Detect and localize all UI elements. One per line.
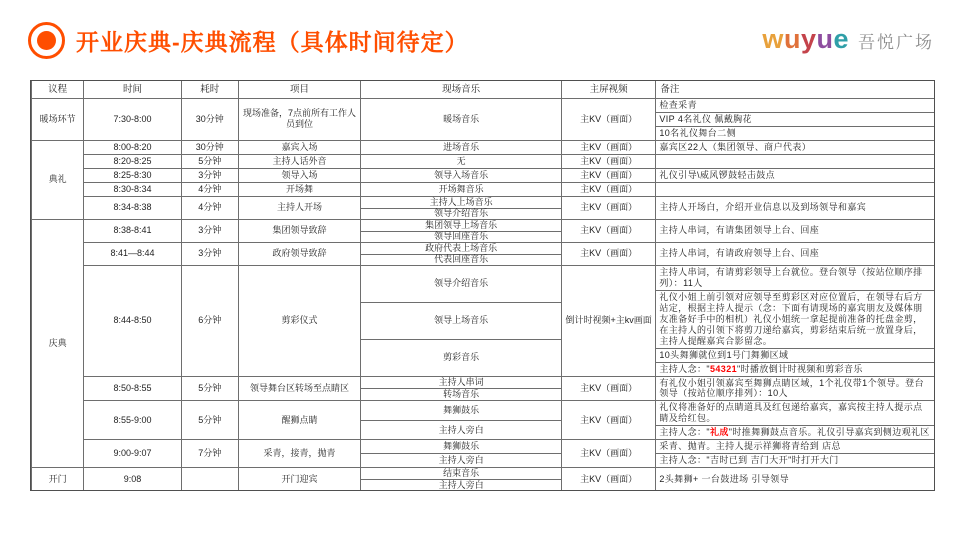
- time-cell: 8:44-8:50: [83, 266, 180, 376]
- note-text: 2头舞狮+ 一台鼓进场 引导领导: [659, 474, 789, 485]
- note-text-part: "时推舞狮鼓点音乐。礼仪引导嘉宾到侧边观礼区: [729, 427, 930, 437]
- music-cell: 进场音乐: [360, 141, 561, 154]
- notes-cell: 2头舞狮+ 一台鼓进场 引导领导: [655, 468, 934, 490]
- music-subcell: 舞狮鼓乐: [361, 401, 561, 419]
- section-group: 庆典8:38-8:413分钟集团领导致辞集团领导上场音乐领导回座音乐主KV（画面…: [31, 219, 934, 468]
- video-cell: 主KV（画面）: [561, 183, 655, 196]
- table-row: 7:30-8:0030分钟现场准备，7点前所有工作人员到位暖场音乐主KV（画面）…: [83, 99, 934, 140]
- note-text: 嘉宾区22人（集团领导、商户代表）: [659, 142, 811, 153]
- music-subcell: 无: [361, 155, 561, 168]
- table-header-row: 议程时间耗时项目现场音乐主屏视频备注: [31, 81, 934, 98]
- music-subcell: 主持人上场音乐: [361, 197, 561, 208]
- duration-cell: 5分钟: [181, 401, 238, 439]
- note-text: 主持人串词，有请集团领导上台、回座: [659, 225, 819, 236]
- time-cell: 8:00-8:20: [83, 141, 180, 154]
- video-cell: 主KV（画面）: [561, 141, 655, 154]
- music-cell: 开场舞音乐: [360, 183, 561, 196]
- music-cell: 领导入场音乐: [360, 169, 561, 182]
- note-subcell: 10名礼仪舞台二侧: [656, 126, 934, 140]
- logo-cn-text: 吾悦广场: [858, 28, 934, 53]
- brand-logo: wuyue 吾悦广场: [762, 26, 934, 53]
- notes-cell: 嘉宾区22人（集团领导、商户代表）: [655, 141, 934, 154]
- music-subcell: 代表回座音乐: [361, 254, 561, 265]
- duration-cell: 3分钟: [181, 169, 238, 182]
- time-cell: 8:41—8:44: [83, 243, 180, 265]
- video-cell: 主KV（画面）: [561, 468, 655, 490]
- music-subcell: 主持人串词: [361, 377, 561, 388]
- item-cell: 领导舞台区转场至点睛区: [238, 377, 360, 401]
- notes-cell: 礼仪引导\威风锣鼓轻击鼓点: [655, 169, 934, 182]
- note-subcell: 礼仪引导\威风锣鼓轻击鼓点: [656, 169, 934, 182]
- note-text: 主持人念："礼成"时推舞狮鼓点音乐。礼仪引导嘉宾到侧边观礼区: [659, 427, 929, 438]
- note-subcell: 2头舞狮+ 一台鼓进场 引导领导: [656, 468, 934, 490]
- bullseye-dot: [37, 31, 56, 50]
- time-cell: 7:30-8:00: [83, 99, 180, 140]
- note-text-part: "时播放倒计时视频和剪彩音乐: [737, 364, 863, 374]
- video-cell: 主KV（画面）: [561, 169, 655, 182]
- table-row: 9:08开门迎宾结束音乐主持人旁白主KV（画面）2头舞狮+ 一台鼓进场 引导领导: [83, 468, 934, 490]
- notes-cell: 主持人串词，有请剪彩领导上台就位。登台领导（按站位顺序排列）：11人礼仪小姐上前…: [655, 266, 934, 376]
- table-row: 8:50-8:555分钟领导舞台区转场至点睛区主持人串词转场音乐主KV（画面）有…: [83, 376, 934, 401]
- notes-cell: 检查采青VIP 4名礼仪 佩戴胸花10名礼仪舞台二侧: [655, 99, 934, 140]
- video-cell: 主KV（画面）: [561, 220, 655, 242]
- note-text: 10名礼仪舞台二侧: [659, 128, 736, 139]
- item-cell: 采青，接青，抛青: [238, 440, 360, 467]
- duration-cell: 4分钟: [181, 197, 238, 219]
- note-text-part: 检查采青: [659, 100, 697, 110]
- video-cell: 主KV（画面）: [561, 243, 655, 265]
- music-subcell: 剪彩音乐: [361, 339, 561, 376]
- duration-cell: 6分钟: [181, 266, 238, 376]
- agenda-cell: 典礼: [31, 141, 83, 219]
- note-subcell: 主持人念："吉时已到 吉门大开"时打开大门: [656, 453, 934, 467]
- video-cell: 倒计时视频+主kv画面: [561, 266, 655, 376]
- notes-cell: [655, 183, 934, 196]
- music-subcell: 政府代表上场音乐: [361, 243, 561, 254]
- notes-cell: 主持人串词，有请集团领导上台、回座: [655, 220, 934, 242]
- note-text: 礼仪引导\威风锣鼓轻击鼓点: [659, 170, 775, 181]
- note-subcell: 有礼仪小姐引领嘉宾至舞狮点睛区域，1个礼仪带1个领导。登台领导（按站位顺序排列）…: [656, 377, 934, 401]
- note-subcell: 主持人串词，有请政府领导上台、回座: [656, 243, 934, 265]
- music-cell: 主持人串词转场音乐: [360, 377, 561, 401]
- music-subcell: 转场音乐: [361, 388, 561, 400]
- video-cell: 主KV（画面）: [561, 401, 655, 439]
- time-cell: 8:20-8:25: [83, 155, 180, 168]
- note-subcell: 主持人念："54321"时播放倒计时视频和剪彩音乐: [656, 362, 934, 376]
- note-subcell: 礼仪小姐上前引领对应领导至剪彩区对应位置后，在领导右后方站定，根据主持人提示（念…: [656, 290, 934, 348]
- music-cell: 主持人上场音乐领导介绍音乐: [360, 197, 561, 219]
- agenda-cell: 暖场环节: [31, 99, 83, 140]
- table-header-cells: 时间耗时项目现场音乐主屏视频备注: [83, 81, 934, 98]
- duration-cell: 5分钟: [181, 377, 238, 401]
- music-subcell: 舞狮鼓乐: [361, 440, 561, 453]
- item-cell: 开门迎宾: [238, 468, 360, 490]
- table-row: 8:30-8:344分钟开场舞开场舞音乐主KV（画面）: [83, 182, 934, 196]
- note-subcell: [656, 155, 934, 168]
- music-cell: 集团领导上场音乐领导回座音乐: [360, 220, 561, 242]
- table-row: 8:55-9:005分钟醒狮点睛舞狮鼓乐主持人旁白主KV（画面）礼仪将准备好的点…: [83, 400, 934, 439]
- video-cell: 主KV（画面）: [561, 197, 655, 219]
- music-cell: 舞狮鼓乐主持人旁白: [360, 401, 561, 439]
- notes-cell: 礼仪将准备好的点睛道具及红包递给嘉宾，嘉宾按主持人提示点睛及给红包。主持人念："…: [655, 401, 934, 439]
- note-subcell: 主持人串词，有请集团领导上台、回座: [656, 220, 934, 242]
- music-subcell: 结束音乐: [361, 468, 561, 479]
- music-subcell: 主持人旁白: [361, 453, 561, 467]
- page-title: 开业庆典-庆典流程（具体时间待定）: [76, 24, 469, 57]
- duration-cell: 3分钟: [181, 243, 238, 265]
- video-cell: 主KV（画面）: [561, 377, 655, 401]
- note-text: 有礼仪小姐引领嘉宾至舞狮点睛区域，1个礼仪带1个领导。登台领导（按站位顺序排列）…: [659, 378, 931, 400]
- table-row: 8:34-8:384分钟主持人开场主持人上场音乐领导介绍音乐主KV（画面）主持人…: [83, 196, 934, 219]
- note-subcell: 礼仪将准备好的点睛道具及红包递给嘉宾，嘉宾按主持人提示点睛及给红包。: [656, 401, 934, 425]
- duration-cell: 4分钟: [181, 183, 238, 196]
- duration-cell: 30分钟: [181, 141, 238, 154]
- item-cell: 醒狮点睛: [238, 401, 360, 439]
- section-group: 典礼8:00-8:2030分钟嘉宾入场进场音乐主KV（画面）嘉宾区22人（集团领…: [31, 140, 934, 219]
- table-row: 8:25-8:303分钟领导入场领导入场音乐主KV（画面）礼仪引导\威风锣鼓轻击…: [83, 168, 934, 182]
- schedule-table: 议程时间耗时项目现场音乐主屏视频备注暖场环节7:30-8:0030分钟现场准备，…: [30, 80, 935, 491]
- slide-header: 开业庆典-庆典流程（具体时间待定）: [28, 22, 469, 59]
- note-text-part: 主持人念：": [659, 427, 710, 437]
- note-text-part: 嘉宾区22人（集团领导、商户代表）: [659, 142, 811, 152]
- music-subcell: 开场舞音乐: [361, 183, 561, 196]
- note-text-part: 主持人念："吉时已到 吉门大开"时打开大门: [659, 455, 838, 465]
- notes-cell: [655, 155, 934, 168]
- item-cell: 嘉宾入场: [238, 141, 360, 154]
- note-text: 检查采青: [659, 100, 697, 111]
- table-row: 8:38-8:413分钟集团领导致辞集团领导上场音乐领导回座音乐主KV（画面）主…: [83, 220, 934, 242]
- note-text-part: 主持人串词，有请集团领导上台、回座: [659, 225, 819, 235]
- music-cell: 暖场音乐: [360, 99, 561, 140]
- music-cell: 结束音乐主持人旁白: [360, 468, 561, 490]
- video-cell: 主KV（画面）: [561, 440, 655, 467]
- item-cell: 剪彩仪式: [238, 266, 360, 376]
- logo-letter: w: [762, 24, 784, 54]
- time-cell: 8:34-8:38: [83, 197, 180, 219]
- video-cell: 主KV（画面）: [561, 155, 655, 168]
- music-subcell: 主持人旁白: [361, 420, 561, 439]
- music-subcell: 领导介绍音乐: [361, 266, 561, 302]
- item-cell: 现场准备，7点前所有工作人员到位: [238, 99, 360, 140]
- note-subcell: 检查采青: [656, 99, 934, 112]
- duration-cell: [181, 468, 238, 490]
- section-group: 暖场环节7:30-8:0030分钟现场准备，7点前所有工作人员到位暖场音乐主KV…: [31, 98, 934, 140]
- logo-letter: u: [784, 24, 801, 54]
- note-text-part: 主持人念：": [659, 364, 710, 374]
- note-subcell: 采青、抛青。主持人提示祥狮将青给到 店总: [656, 440, 934, 453]
- agenda-cell: 开门: [31, 468, 83, 490]
- note-text-part: 2头舞狮+ 一台鼓进场 引导领导: [659, 474, 789, 484]
- table-row: 8:41—8:443分钟政府领导致辞政府代表上场音乐代表回座音乐主KV（画面）主…: [83, 242, 934, 265]
- logo-letter: u: [816, 24, 833, 54]
- note-text-part: VIP 4名礼仪 佩戴胸花: [659, 114, 752, 124]
- duration-cell: 30分钟: [181, 99, 238, 140]
- note-text: 10头舞狮就位到1号门舞狮区域: [659, 350, 788, 361]
- note-text: 礼仪小姐上前引领对应领导至剪彩区对应位置后，在领导右后方站定，根据主持人提示（念…: [659, 292, 931, 347]
- note-text: VIP 4名礼仪 佩戴胸花: [659, 114, 752, 125]
- note-text: 主持人念："吉时已到 吉门大开"时打开大门: [659, 455, 838, 466]
- note-text-part: 礼仪将准备好的点睛道具及红包递给嘉宾，嘉宾按主持人提示点睛及给红包。: [659, 402, 922, 423]
- note-subcell: 10头舞狮就位到1号门舞狮区域: [656, 348, 934, 362]
- time-cell: 9:08: [83, 468, 180, 490]
- logo-letter: y: [801, 24, 817, 54]
- note-text: 主持人开场白，介绍开业信息以及到场领导和嘉宾: [659, 202, 866, 213]
- note-text: 礼仪将准备好的点睛道具及红包递给嘉宾，嘉宾按主持人提示点睛及给红包。: [659, 402, 931, 424]
- note-text-part: 主持人开场白，介绍开业信息以及到场领导和嘉宾: [659, 202, 866, 212]
- item-cell: 主持人开场: [238, 197, 360, 219]
- slide-page: 开业庆典-庆典流程（具体时间待定） wuyue 吾悦广场 议程时间耗时项目现场音…: [0, 0, 960, 540]
- note-text-part: 10头舞狮就位到1号门舞狮区域: [659, 350, 788, 360]
- time-cell: 8:50-8:55: [83, 377, 180, 401]
- time-cell: 8:55-9:00: [83, 401, 180, 439]
- agenda-cell: 庆典: [31, 220, 83, 468]
- note-highlight-red: 礼成: [710, 427, 729, 437]
- music-subcell: 领导回座音乐: [361, 231, 561, 242]
- music-subcell: 领导介绍音乐: [361, 208, 561, 219]
- logo-letter: e: [833, 24, 849, 54]
- duration-cell: 3分钟: [181, 220, 238, 242]
- notes-cell: 主持人开场白，介绍开业信息以及到场领导和嘉宾: [655, 197, 934, 219]
- item-cell: 领导入场: [238, 169, 360, 182]
- music-cell: 无: [360, 155, 561, 168]
- note-text-part: 采青、抛青。主持人提示祥狮将青给到 店总: [659, 441, 841, 451]
- note-text: 主持人念："54321"时播放倒计时视频和剪彩音乐: [659, 364, 862, 375]
- music-cell: 领导介绍音乐领导上场音乐剪彩音乐: [360, 266, 561, 376]
- time-cell: 8:38-8:41: [83, 220, 180, 242]
- column-header-time: 时间: [83, 81, 180, 98]
- notes-cell: 主持人串词，有请政府领导上台、回座: [655, 243, 934, 265]
- table-row: 8:20-8:255分钟主持人话外音无主KV（画面）: [83, 154, 934, 168]
- column-header-item: 项目: [238, 81, 360, 98]
- music-subcell: 集团领导上场音乐: [361, 220, 561, 231]
- time-cell: 9:00-9:07: [83, 440, 180, 467]
- music-cell: 政府代表上场音乐代表回座音乐: [360, 243, 561, 265]
- bullseye-icon: [28, 22, 65, 59]
- item-cell: 政府领导致辞: [238, 243, 360, 265]
- note-text-part: 礼仪小姐上前引领对应领导至剪彩区对应位置后，在领导右后方站定，根据主持人提示（念…: [659, 292, 922, 346]
- note-subcell: VIP 4名礼仪 佩戴胸花: [656, 112, 934, 126]
- music-cell: 舞狮鼓乐主持人旁白: [360, 440, 561, 467]
- video-cell: 主KV（画面）: [561, 99, 655, 140]
- notes-cell: 采青、抛青。主持人提示祥狮将青给到 店总主持人念："吉时已到 吉门大开"时打开大…: [655, 440, 934, 467]
- note-text-part: 主持人串词，有请政府领导上台、回座: [659, 248, 819, 258]
- music-subcell: 领导上场音乐: [361, 302, 561, 339]
- music-subcell: 暖场音乐: [361, 99, 561, 140]
- note-text-part: 有礼仪小姐引领嘉宾至舞狮点睛区域，1个礼仪带1个领导。登台领导（按站位顺序排列）…: [659, 378, 924, 399]
- item-cell: 开场舞: [238, 183, 360, 196]
- section-group: 开门9:08开门迎宾结束音乐主持人旁白主KV（画面）2头舞狮+ 一台鼓进场 引导…: [31, 467, 934, 490]
- column-header-video: 主屏视频: [561, 81, 655, 98]
- note-text: 采青、抛青。主持人提示祥狮将青给到 店总: [659, 441, 841, 452]
- note-subcell: 嘉宾区22人（集团领导、商户代表）: [656, 141, 934, 154]
- item-cell: 集团领导致辞: [238, 220, 360, 242]
- note-subcell: 主持人念："礼成"时推舞狮鼓点音乐。礼仪引导嘉宾到侧边观礼区: [656, 425, 934, 439]
- note-text: 主持人串词，有请剪彩领导上台就位。登台领导（按站位顺序排列）：11人: [659, 267, 931, 289]
- note-highlight-red: 54321: [710, 364, 737, 374]
- duration-cell: 7分钟: [181, 440, 238, 467]
- logo-wordmark: wuyue: [762, 26, 849, 53]
- column-header-dur: 耗时: [181, 81, 238, 98]
- table-row: 8:00-8:2030分钟嘉宾入场进场音乐主KV（画面）嘉宾区22人（集团领导、…: [83, 141, 934, 154]
- column-header-music: 现场音乐: [360, 81, 561, 98]
- time-cell: 8:30-8:34: [83, 183, 180, 196]
- duration-cell: 5分钟: [181, 155, 238, 168]
- notes-cell: 有礼仪小姐引领嘉宾至舞狮点睛区域，1个礼仪带1个领导。登台领导（按站位顺序排列）…: [655, 377, 934, 401]
- music-subcell: 领导入场音乐: [361, 169, 561, 182]
- note-subcell: 主持人开场白，介绍开业信息以及到场领导和嘉宾: [656, 197, 934, 219]
- table-row: 8:44-8:506分钟剪彩仪式领导介绍音乐领导上场音乐剪彩音乐倒计时视频+主k…: [83, 265, 934, 376]
- note-text-part: 礼仪引导\威风锣鼓轻击鼓点: [659, 170, 775, 180]
- music-subcell: 进场音乐: [361, 141, 561, 154]
- note-subcell: 主持人串词，有请剪彩领导上台就位。登台领导（按站位顺序排列）：11人: [656, 266, 934, 290]
- table-row: 9:00-9:077分钟采青，接青，抛青舞狮鼓乐主持人旁白主KV（画面）采青、抛…: [83, 439, 934, 467]
- note-text: 主持人串词，有请政府领导上台、回座: [659, 248, 819, 259]
- column-header-notes: 备注: [655, 81, 934, 98]
- item-cell: 主持人话外音: [238, 155, 360, 168]
- music-subcell: 主持人旁白: [361, 479, 561, 490]
- column-header-agenda: 议程: [31, 81, 83, 98]
- time-cell: 8:25-8:30: [83, 169, 180, 182]
- note-text-part: 10名礼仪舞台二侧: [659, 128, 736, 138]
- note-text-part: 主持人串词，有请剪彩领导上台就位。登台领导（按站位顺序排列）：11人: [659, 267, 922, 288]
- note-subcell: [656, 183, 934, 196]
